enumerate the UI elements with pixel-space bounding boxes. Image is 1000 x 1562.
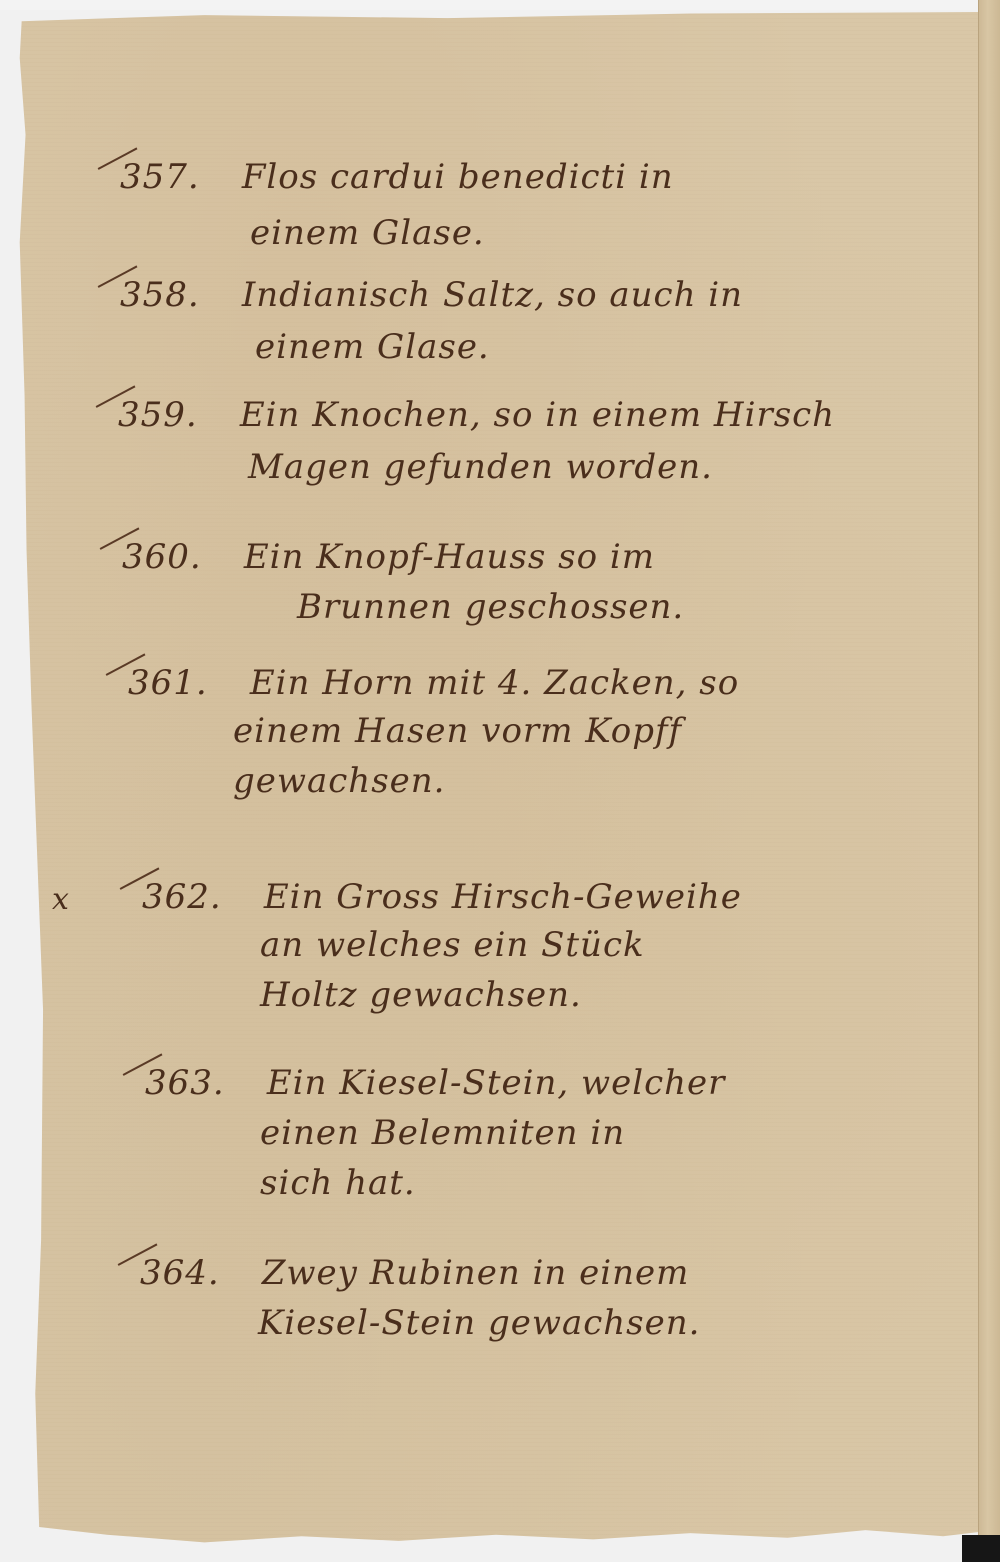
entry-number: 362. (142, 880, 252, 914)
binding-shadow (962, 1535, 1000, 1562)
entry-continuation: einen Belemniten in (260, 1116, 725, 1150)
entry-line: 358. Indianisch Saltz, so auch in (120, 278, 743, 312)
entry-text: Ein Gross Hirsch-Geweihe (264, 877, 742, 917)
entry-357: 357. Flos cardui benedicti in einem Glas… (120, 160, 674, 250)
entry-continuation: einem Hasen vorm Kopff (233, 714, 739, 748)
entry-362: 362. Ein Gross Hirsch-Geweihe an welches… (142, 880, 742, 1012)
entry-line: 357. Flos cardui benedicti in (120, 160, 674, 194)
page-binding-strip (978, 0, 1000, 1562)
entry-continuation: Holtz gewachsen. (260, 978, 742, 1012)
entry-360: 360. Ein Knopf-Hauss so im Brunnen gesch… (122, 540, 684, 624)
entry-continuation: einem Glase. (255, 330, 743, 364)
entry-363: 363. Ein Kiesel-Stein, welcher einen Bel… (145, 1066, 725, 1200)
manuscript-scan: x 357. Flos cardui benedicti in einem Gl… (0, 0, 1000, 1562)
entry-line: 359. Ein Knochen, so in einem Hirsch (118, 398, 835, 432)
entry-continuation: Brunnen geschossen. (297, 590, 684, 624)
entry-continuation: sich hat. (260, 1166, 725, 1200)
entry-text: Indianisch Saltz, so auch in (242, 275, 743, 315)
entry-364: 364. Zwey Rubinen in einem Kiesel-Stein … (140, 1256, 700, 1340)
entry-line: 364. Zwey Rubinen in einem (140, 1256, 700, 1290)
margin-mark-x: x (52, 882, 69, 917)
entry-continuation: einem Glase. (250, 216, 674, 250)
entry-text: Ein Knochen, so in einem Hirsch (240, 395, 835, 435)
entry-line: 361. Ein Horn mit 4. Zacken, so (128, 666, 739, 700)
entry-number: 358. (120, 278, 230, 312)
entry-text: Ein Horn mit 4. Zacken, so (250, 663, 739, 703)
entry-line: 363. Ein Kiesel-Stein, welcher (145, 1066, 725, 1100)
entry-line: 360. Ein Knopf-Hauss so im (122, 540, 684, 574)
entry-number: 364. (140, 1256, 250, 1290)
entry-continuation: Kiesel-Stein gewachsen. (258, 1306, 700, 1340)
entry-361: 361. Ein Horn mit 4. Zacken, so einem Ha… (128, 666, 739, 798)
scan-background-top (0, 0, 1000, 10)
entry-text: Flos cardui benedicti in (242, 157, 674, 197)
entry-number: 357. (120, 160, 230, 194)
entry-number: 361. (128, 666, 238, 700)
entry-number: 359. (118, 398, 228, 432)
entry-359: 359. Ein Knochen, so in einem Hirsch Mag… (118, 398, 835, 484)
entry-number: 363. (145, 1066, 255, 1100)
entry-text: Ein Kiesel-Stein, welcher (267, 1063, 726, 1103)
entry-text: Zwey Rubinen in einem (262, 1253, 690, 1293)
entry-continuation: Magen gefunden worden. (248, 450, 835, 484)
entry-continuation: an welches ein Stück (260, 928, 742, 962)
entry-text: Ein Knopf-Hauss so im (244, 537, 655, 577)
entry-continuation: gewachsen. (233, 764, 739, 798)
entry-line: 362. Ein Gross Hirsch-Geweihe (142, 880, 742, 914)
entry-358: 358. Indianisch Saltz, so auch in einem … (120, 278, 743, 364)
entry-number: 360. (122, 540, 232, 574)
